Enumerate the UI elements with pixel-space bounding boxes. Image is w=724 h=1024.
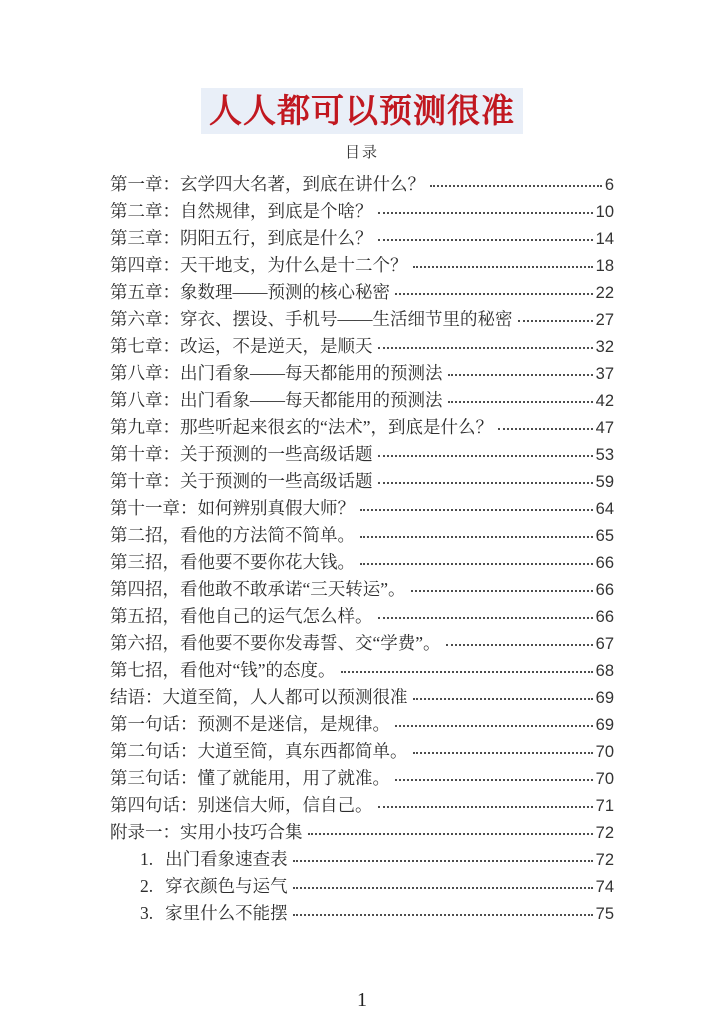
toc-entry-label: 第四句话：别迷信大师，信自己。 [110,792,373,817]
toc-entry: 3. 家里什么不能摆 75 [110,900,614,927]
toc-entry-label: 第九章：那些听起来很玄的“法术”，到底是什么？ [110,414,493,439]
dot-leader [360,563,593,565]
document-title: 人人都可以预测很准 [201,88,523,134]
toc-entry: 第七招，看他对“钱”的态度。 68 [110,657,614,684]
toc-entry-label: 第七章：改运，不是逆天，是顺天 [110,333,373,358]
dot-leader [518,320,593,322]
toc-entry-page: 6 [605,176,614,195]
toc-entry: 第八章：出门看象——每天都能用的预测法 42 [110,387,614,414]
toc-entry-page: 42 [596,392,614,411]
document-page: 人人都可以预测很准 目录 第一章：玄学四大名著，到底在讲什么？ 6 第二章：自然… [0,0,724,1024]
toc-entry-label: 第二句话：大道至简，真东西都简单。 [110,738,408,763]
toc-heading: 目录 [0,143,724,163]
toc-entry: 1. 出门看象速查表 72 [110,846,614,873]
toc-entry-label: 附录一：实用小技巧合集 [110,819,303,844]
toc-entry: 第一章：玄学四大名著，到底在讲什么？ 6 [110,171,614,198]
toc-entry-label: 出门看象速查表 [165,846,288,871]
dot-leader [413,266,593,268]
toc-entry-label: 家里什么不能摆 [165,900,288,925]
toc-entry-page: 69 [596,716,614,735]
toc-entry-page: 65 [596,527,614,546]
toc-entry-label: 第一句话：预测不是迷信，是规律。 [110,711,390,736]
toc-entry-label: 结语：大道至简，人人都可以预测很准 [110,684,408,709]
toc-entry-label: 第二章：自然规律，到底是个啥？ [110,198,373,223]
dot-leader [411,590,593,592]
toc-entry-number: 2. [140,876,153,897]
toc-entry: 第六章：穿衣、摆设、手机号——生活细节里的秘密 27 [110,306,614,333]
page-number: 1 [0,989,724,1012]
toc-entry: 第七章：改运，不是逆天，是顺天 32 [110,333,614,360]
dot-leader [448,374,593,376]
toc-entry: 第一句话：预测不是迷信，是规律。 69 [110,711,614,738]
toc-entry-page: 66 [596,608,614,627]
toc-entry-page: 71 [596,797,614,816]
toc-entry: 第四章：天干地支，为什么是十二个？ 18 [110,252,614,279]
dot-leader [498,428,593,430]
dot-leader [378,239,593,241]
toc-entry-page: 32 [596,338,614,357]
toc-entry-page: 47 [596,419,614,438]
toc-entry-page: 72 [596,824,614,843]
toc-entry-label: 第六章：穿衣、摆设、手机号——生活细节里的秘密 [110,306,513,331]
toc-entry: 第五章：象数理——预测的核心秘密 22 [110,279,614,306]
toc-entry: 第二招，看他的方法简不简单。 65 [110,522,614,549]
dot-leader [378,617,593,619]
toc-entry-label: 第七招，看他对“钱”的态度。 [110,657,336,682]
dot-leader [293,887,593,889]
dot-leader [413,752,593,754]
toc-entry-label: 第十章：关于预测的一些高级话题 [110,468,373,493]
toc-entry-number: 1. [140,849,153,870]
dot-leader [360,536,593,538]
dot-leader [446,644,593,646]
toc-entry-label: 第十章：关于预测的一些高级话题 [110,441,373,466]
toc-entry-label: 第一章：玄学四大名著，到底在讲什么？ [110,171,425,196]
toc-entry: 第九章：那些听起来很玄的“法术”，到底是什么？ 47 [110,414,614,441]
toc-entry-page: 70 [596,743,614,762]
toc-entry-page: 69 [596,689,614,708]
toc-entry-number: 3. [140,903,153,924]
toc-entry: 第四招，看他敢不敢承诺“三天转运”。 66 [110,576,614,603]
toc-entry-page: 68 [596,662,614,681]
toc-entry-page: 70 [596,770,614,789]
toc-entry: 第三章：阴阳五行，到底是什么？ 14 [110,225,614,252]
toc-entry-page: 14 [596,230,614,249]
toc-entry: 第四句话：别迷信大师，信自己。 71 [110,792,614,819]
dot-leader [395,293,593,295]
toc-entry-label: 第四招，看他敢不敢承诺“三天转运”。 [110,576,406,601]
dot-leader [430,185,602,187]
dot-leader [395,725,593,727]
toc-entry-page: 66 [596,554,614,573]
toc-entry: 第三句话：懂了就能用，用了就准。 70 [110,765,614,792]
dot-leader [293,860,593,862]
toc-entry-page: 66 [596,581,614,600]
dot-leader [308,833,593,835]
toc-entry-page: 18 [596,257,614,276]
dot-leader [378,347,593,349]
toc-entry-page: 64 [596,500,614,519]
toc-list: 第一章：玄学四大名著，到底在讲什么？ 6 第二章：自然规律，到底是个啥？ 10 … [110,171,614,927]
dot-leader [413,698,593,700]
toc-entry-label: 第三句话：懂了就能用，用了就准。 [110,765,390,790]
toc-entry-label: 第四章：天干地支，为什么是十二个？ [110,252,408,277]
toc-entry-label: 第八章：出门看象——每天都能用的预测法 [110,387,443,412]
toc-entry-page: 22 [596,284,614,303]
toc-entry-page: 74 [596,878,614,897]
dot-leader [378,482,593,484]
toc-entry: 第六招，看他要不要你发毒誓、交“学费”。 67 [110,630,614,657]
toc-entry-label: 第二招，看他的方法简不简单。 [110,522,355,547]
toc-entry: 第五招，看他自己的运气怎么样。 66 [110,603,614,630]
dot-leader [341,671,593,673]
toc-entry-page: 72 [596,851,614,870]
toc-entry-label: 第三招，看他要不要你花大钱。 [110,549,355,574]
dot-leader [378,212,593,214]
toc-entry-page: 75 [596,905,614,924]
toc-entry: 第八章：出门看象——每天都能用的预测法 37 [110,360,614,387]
dot-leader [293,914,593,916]
toc-entry: 第十章：关于预测的一些高级话题 59 [110,468,614,495]
toc-entry-page: 27 [596,311,614,330]
toc-entry-page: 53 [596,446,614,465]
toc-entry-label: 第五章：象数理——预测的核心秘密 [110,279,390,304]
toc-entry-page: 10 [596,203,614,222]
toc-entry: 2. 穿衣颜色与运气 74 [110,873,614,900]
toc-entry-label: 第十一章：如何辨别真假大师？ [110,495,355,520]
title-area: 人人都可以预测很准 [0,0,724,134]
toc-entry: 第十一章：如何辨别真假大师？ 64 [110,495,614,522]
toc-entry: 第二章：自然规律，到底是个啥？ 10 [110,198,614,225]
dot-leader [378,806,593,808]
dot-leader [378,455,593,457]
dot-leader [360,509,593,511]
toc-entry: 第二句话：大道至简，真东西都简单。 70 [110,738,614,765]
toc-entry-label: 第三章：阴阳五行，到底是什么？ [110,225,373,250]
toc-entry-label: 第八章：出门看象——每天都能用的预测法 [110,360,443,385]
toc-entry-label: 第六招，看他要不要你发毒誓、交“学费”。 [110,630,441,655]
toc-entry: 第三招，看他要不要你花大钱。 66 [110,549,614,576]
toc-entry: 结语：大道至简，人人都可以预测很准 69 [110,684,614,711]
toc-entry-page: 59 [596,473,614,492]
toc-entry: 附录一：实用小技巧合集 72 [110,819,614,846]
dot-leader [395,779,593,781]
toc-entry-label: 第五招，看他自己的运气怎么样。 [110,603,373,628]
toc-entry-label: 穿衣颜色与运气 [165,873,288,898]
toc-entry-page: 37 [596,365,614,384]
toc-entry: 第十章：关于预测的一些高级话题 53 [110,441,614,468]
dot-leader [448,401,593,403]
toc-entry-page: 67 [596,635,614,654]
